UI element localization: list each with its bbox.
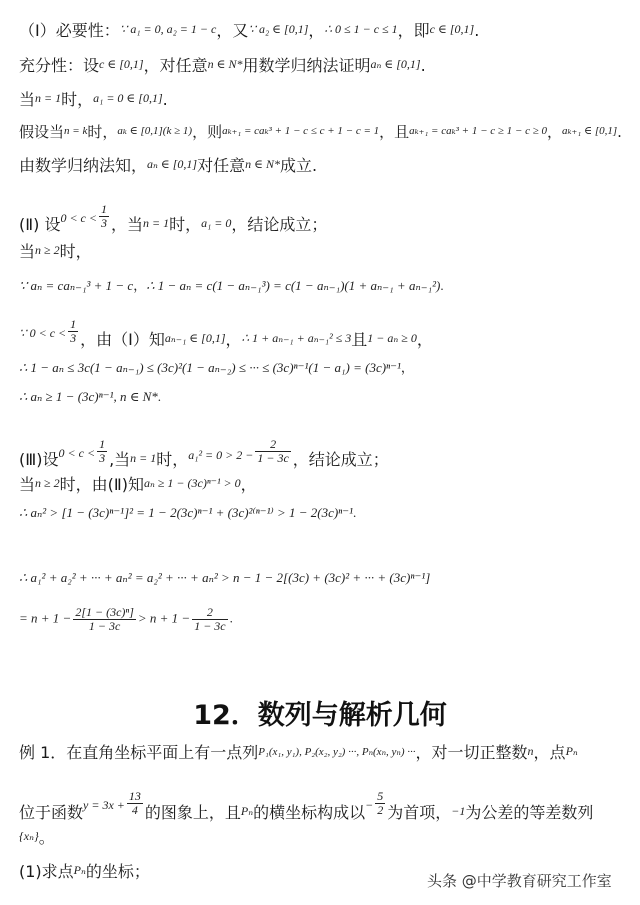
text: ，且 [379,123,409,141]
part1-line5: 由数学归纳法知，aₙ ∈ [0,1]对任意n ∈ N*成立. [19,154,317,176]
text: ， [417,330,433,349]
denominator: 2 [375,804,385,817]
example1-line3: {xₙ}。 [19,826,55,848]
text: . [230,610,233,625]
fraction: 52 [375,790,385,817]
part1-line1: （Ⅰ）必要性：∵ a₁ = 0, a₂ = 1 − c，又∵ a₂ ∈ [0,1… [19,19,479,41]
text: 时， [60,242,92,261]
formula: ∵ a₂ ∈ [0,1] [248,22,308,36]
formula: aₖ₊₁ = caₖ³ + 1 − c ≤ c + 1 − c = 1 [222,125,379,137]
formula: − [365,798,373,812]
formula: Pₙ [241,804,253,818]
formula: ∴ 1 + aₙ₋₁ + aₙ₋₁² ≤ 3 [242,331,352,345]
part1-line2: 充分性：设c ∈ [0,1]，对任意n ∈ N*用数学归纳法证明aₙ ∈ [0,… [19,54,426,76]
text: ，由（Ⅰ）知 [80,330,165,349]
text: . [163,90,168,109]
text: 位于函数 [19,803,83,822]
formula: Pₙ [566,744,578,758]
formula: n = k [64,125,87,137]
watermark: 头条 @中学教育研究工作室 [427,870,612,891]
formula: ∴ aₙ ≥ 1 − (3c)ⁿ⁻¹, n ∈ N* [19,389,158,404]
part2-line4: ∵ 0 < c <13，由（Ⅰ）知aₙ₋₁ ∈ [0,1]，∴ 1 + aₙ₋₁… [19,318,433,350]
formula: n ≥ 2 [35,476,60,490]
fraction: 13 [99,203,109,230]
part3-line4: ∴ a₁² + a₂² + ··· + aₙ² = a₂² + ··· + aₙ… [19,570,430,586]
part2-line6: ∴ aₙ ≥ 1 − (3c)ⁿ⁻¹, n ∈ N*. [19,389,161,405]
formula: c ∈ [0,1] [430,22,475,36]
text: . [440,278,443,293]
formula: a₁ = 0 ∈ [0,1] [93,91,163,105]
text: ， [308,21,324,40]
formula: aₙ₋₁ ∈ [0,1] [165,331,226,345]
text: ， [241,475,257,494]
text: . [158,389,161,404]
formula: 0 < c < [60,211,97,225]
denominator: 1 − 3c [73,620,136,633]
text: 当 [19,90,35,109]
text: 当 [19,475,35,494]
numerator: 2[1 − (3c)ⁿ] [73,606,136,620]
text: ，对任意 [144,56,208,75]
denominator: 1 − 3c [192,620,227,633]
formula: −1 [451,804,465,818]
denominator: 3 [97,452,107,465]
formula: aₖ ∈ [0,1](k ≥ 1) [117,125,192,137]
formula: = n + 1 − [19,610,71,625]
example1-line2: 位于函数y = 3x +134的图象上，且Pₙ的横坐标构成以−52为首项，−1为… [19,790,593,823]
formula: n = 1 [35,91,61,105]
text: 的图象上，且 [145,803,241,822]
text: ， [133,278,146,293]
formula: > n + 1 − [138,610,190,625]
text: 时， [61,90,93,109]
formula: c ∈ [0,1] [99,57,144,71]
formula: Pₙ [74,863,86,877]
formula: 1 − aₙ ≥ 0 [367,331,417,345]
text: 用数学归纳法证明 [242,56,370,75]
part3-line3: ∴ aₙ² > [1 − (3c)ⁿ⁻¹]² = 1 − 2(3c)ⁿ⁻¹ + … [19,505,356,521]
formula: n ∈ N* [245,157,280,171]
part2-line3: ∵ aₙ = caₙ₋₁³ + 1 − c，∴ 1 − aₙ = c(1 − a… [19,275,444,294]
formula: P₁(x₁, y₁), P₂(x₂, y₂) ···, Pₙ(xₙ, yₙ) ·… [258,746,415,758]
formula: ∵ a₁ = 0, a₂ = 1 − c [120,22,217,36]
text: . [617,123,622,141]
denominator: 3 [99,217,109,230]
formula: a₁ = 0 [201,216,231,230]
formula: aₖ₊₁ = caₖ³ + 1 − c ≥ 1 − c ≥ 0 [409,125,547,137]
fraction: 134 [127,790,143,817]
fraction: 2[1 − (3c)ⁿ]1 − 3c [73,606,136,633]
text: 假设当 [19,123,64,141]
fraction: 13 [97,438,107,465]
formula: ∵ aₙ = caₙ₋₁³ + 1 − c [19,278,133,293]
numerator: 5 [375,790,385,804]
text: ，对一切正整数 [416,743,528,762]
formula: ∴ 1 − aₙ = c(1 − aₙ₋₁³) = c(1 − aₙ₋₁)(1 … [146,278,440,293]
text: 充分性：设 [19,56,99,75]
text: 时，由(Ⅱ)知 [60,475,144,494]
part1-label: （Ⅰ）必要性： [19,21,120,40]
formula: aₖ₊₁ ∈ [0,1] [562,125,617,137]
text: ，即 [398,21,430,40]
text: ，当 [111,215,143,234]
fraction: 21 − 3c [192,606,227,633]
text: ， [401,360,414,375]
text: (1)求点 [19,862,74,881]
formula: aₙ ≥ 1 − (3c)ⁿ⁻¹ > 0 [144,476,241,490]
formula: n = 1 [130,451,156,465]
part1-line4: 假设当n = k时，aₖ ∈ [0,1](k ≥ 1)，则aₖ₊₁ = caₖ³… [19,121,622,142]
text: 时， [156,450,188,469]
formula: aₙ ∈ [0,1] [147,157,197,171]
text: 。 [39,828,55,847]
formula: n ∈ N* [208,57,243,71]
numerator: 2 [255,438,290,452]
text: 且 [351,330,367,349]
text: 为公差的等差数列 [465,803,593,822]
text: ， [547,123,562,141]
section-title: 12．数列与解析几何 [0,693,640,732]
formula: 0 < c < [59,446,96,460]
denominator: 4 [127,804,143,817]
text: 时， [87,123,117,141]
numerator: 1 [99,203,109,217]
example1-line1: 例 1．在直角坐标平面上有一点列P₁(x₁, y₁), P₂(x₂, y₂) ·… [19,741,578,763]
formula: y = 3x + [83,798,125,812]
text: 例 1．在直角坐标平面上有一点列 [19,743,258,762]
formula: ∴ 1 − aₙ ≤ 3c(1 − aₙ₋₁) ≤ (3c)²(1 − aₙ₋₂… [19,360,401,375]
denominator: 3 [68,332,78,345]
example1-line4: (1)求点Pₙ的坐标； [19,860,150,882]
formula: ∴ a₁² + a₂² + ··· + aₙ² = a₂² + ··· + aₙ… [19,570,430,585]
text: ， [225,330,241,349]
text: 为首项， [387,803,451,822]
text: 成立. [280,156,317,175]
part2-line2: 当n ≥ 2时， [19,240,92,262]
text: ，又 [216,21,248,40]
part3-line1: (Ⅲ)设0 < c <13,当n = 1时，a₁² = 0 > 2 −21 − … [19,438,389,470]
text: ,当 [109,450,130,469]
text: . [353,505,356,520]
numerator: 2 [192,606,227,620]
text: 当 [19,242,35,261]
text: . [421,56,426,75]
formula: {xₙ} [19,829,39,843]
part2-label: (Ⅱ) 设 [19,215,60,234]
text: 对任意 [197,156,245,175]
part3-label: (Ⅲ)设 [19,450,59,469]
text: 由数学归纳法知， [19,156,147,175]
part2-line5: ∴ 1 − aₙ ≤ 3c(1 − aₙ₋₁) ≤ (3c)²(1 − aₙ₋₂… [19,357,414,376]
fraction: 13 [68,318,78,345]
numerator: 1 [68,318,78,332]
part3-line2: 当n ≥ 2时，由(Ⅱ)知aₙ ≥ 1 − (3c)ⁿ⁻¹ > 0， [19,473,257,495]
numerator: 13 [127,790,143,804]
numerator: 1 [97,438,107,452]
text: ，点 [534,743,566,762]
part3-line5: = n + 1 −2[1 − (3c)ⁿ]1 − 3c> n + 1 −21 −… [19,606,233,633]
denominator: 1 − 3c [255,452,290,465]
text: ，结论成立； [231,215,327,234]
text: 时， [169,215,201,234]
formula: aₙ ∈ [0,1] [371,57,421,71]
formula: ∵ 0 < c < [19,326,66,340]
fraction: 21 − 3c [255,438,290,465]
part1-line3: 当n = 1时，a₁ = 0 ∈ [0,1]. [19,88,168,110]
formula: n = 1 [143,216,169,230]
text: 的坐标； [86,862,150,881]
text: 的横坐标构成以 [253,803,365,822]
formula: ∴ aₙ² > [1 − (3c)ⁿ⁻¹]² = 1 − 2(3c)ⁿ⁻¹ + … [19,505,353,520]
text: . [474,21,479,40]
part2-line1: (Ⅱ) 设0 < c <13，当n = 1时，a₁ = 0，结论成立； [19,203,327,235]
text: ，则 [192,123,222,141]
text: ，结论成立； [293,450,389,469]
formula: ∴ 0 ≤ 1 − c ≤ 1 [324,22,397,36]
formula: n ≥ 2 [35,243,60,257]
formula: a₁² = 0 > 2 − [188,448,253,462]
